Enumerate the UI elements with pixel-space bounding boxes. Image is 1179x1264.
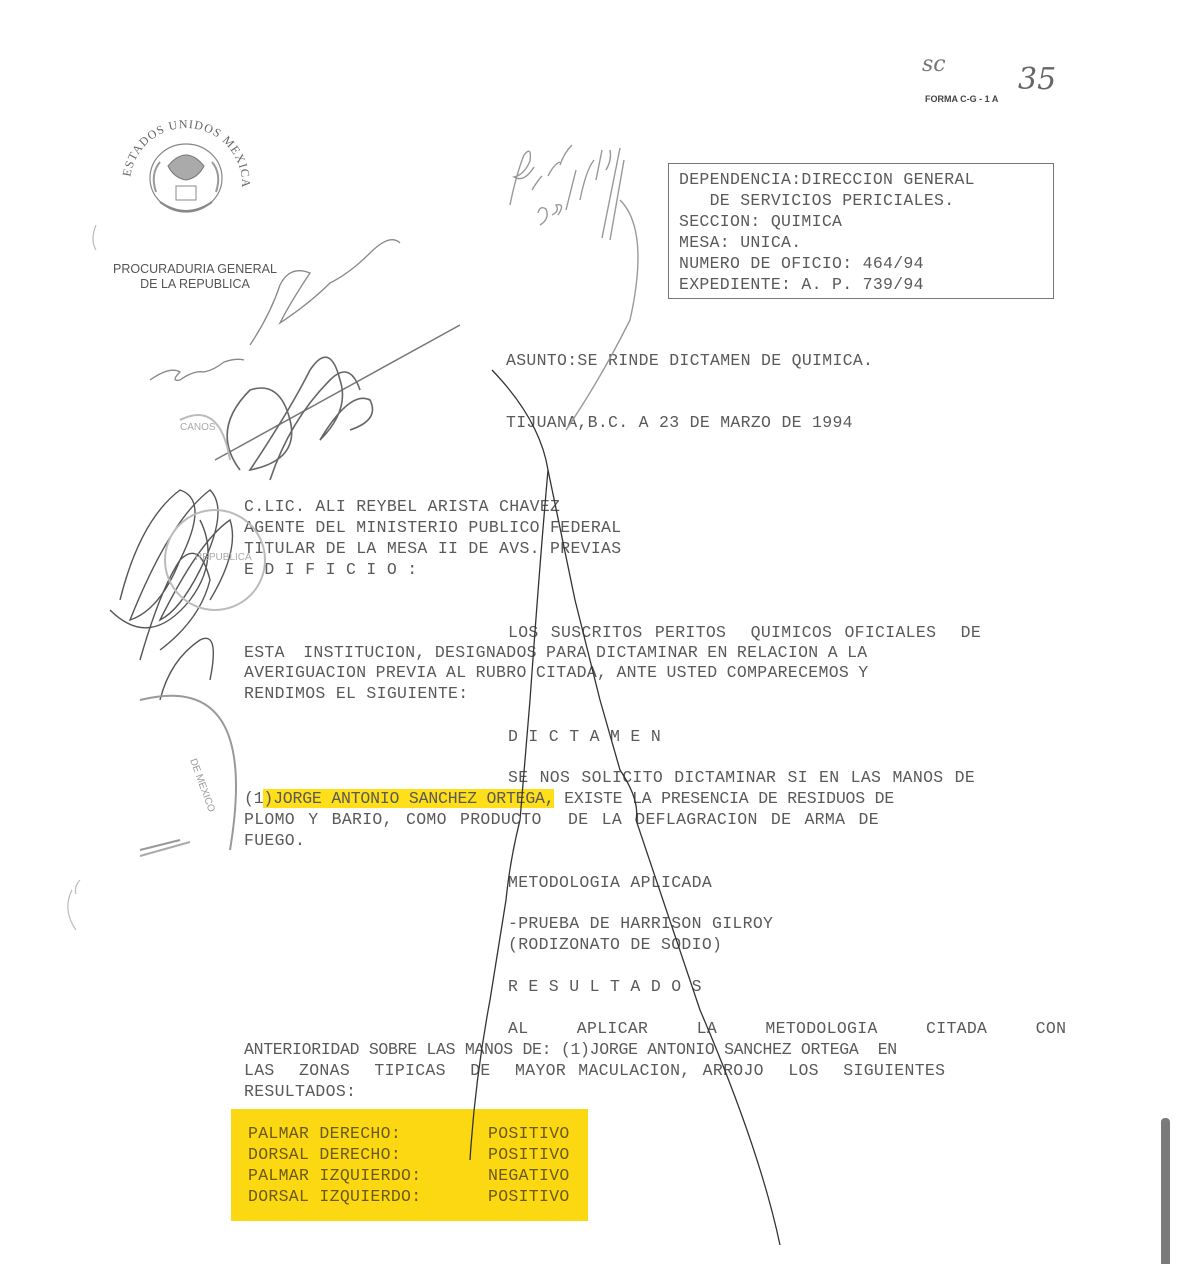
methodology-reagent: (RODIZONATO DE SODIO): [508, 935, 722, 954]
highlighted-name: )JORGE ANTONIO SANCHEZ ORTEGA,: [263, 789, 554, 808]
request-line-3: PLOMO Y BARIO, COMO PRODUCTO DE LA DEFLA…: [244, 810, 879, 829]
results-intro-line-4: RESULTADOS:: [244, 1082, 356, 1101]
signature-icon: [227, 357, 372, 480]
request-line-4: FUEGO.: [244, 831, 305, 850]
handwritten-initials: sc: [922, 52, 946, 77]
institution-name: PROCURADURIA GENERAL DE LA REPUBLICA: [90, 262, 300, 292]
info-dependencia: DEPENDENCIA:DIRECCION GENERAL: [679, 170, 975, 189]
result-row: PALMAR IZQUIERDO:NEGATIVO: [248, 1166, 421, 1185]
result-zone: DORSAL DERECHO:: [248, 1145, 401, 1164]
methodology-test: -PRUEBA DE HARRISON GILROY: [508, 914, 773, 933]
result-row: DORSAL DERECHO:POSITIVO: [248, 1145, 401, 1164]
svg-text:CANOS: CANOS: [180, 422, 216, 433]
svg-text:DE MEXICO: DE MEXICO: [187, 757, 217, 814]
addressee-office: TITULAR DE LA MESA II DE AVS. PREVIAS: [244, 539, 621, 558]
intro-line-4: RENDIMOS EL SIGUIENTE:: [244, 684, 468, 703]
national-seal-icon: ESTADOS UNIDOS MEXICANOS: [108, 106, 264, 246]
intro-line-2: ESTA INSTITUCION, DESIGNADOS PARA DICTAM…: [244, 643, 868, 662]
institution-name-line1: PROCURADURIA GENERAL: [90, 262, 300, 277]
info-seccion: SECCION: QUIMICA: [679, 212, 842, 231]
form-code: FORMA C-G - 1 A: [925, 94, 998, 104]
place-date: TIJUANA,B.C. A 23 DE MARZO DE 1994: [506, 413, 853, 432]
scrollbar[interactable]: [1161, 1118, 1170, 1264]
request-line-2-prefix: (1: [244, 789, 263, 808]
result-value: NEGATIVO: [488, 1166, 570, 1185]
results-intro-line-2: ANTERIORIDAD SOBRE LAS MANOS DE: (1)JORG…: [244, 1040, 897, 1059]
intro-line-3: AVERIGUACION PREVIA AL RUBRO CITADA, ANT…: [244, 663, 869, 682]
request-line-1: SE NOS SOLICITO DICTAMINAR SI EN LAS MAN…: [508, 768, 975, 787]
results-heading: R E S U L T A D O S: [508, 977, 702, 996]
result-row: DORSAL IZQUIERDO:POSITIVO: [248, 1187, 421, 1206]
results-table: PALMAR DERECHO:POSITIVO DORSAL DERECHO:P…: [231, 1109, 588, 1221]
info-dependencia-cont: DE SERVICIOS PERICIALES.: [679, 191, 954, 210]
addressee-title: AGENTE DEL MINISTERIO PUBLICO FEDERAL: [244, 518, 621, 537]
info-mesa: MESA: UNICA.: [679, 233, 801, 252]
result-zone: DORSAL IZQUIERDO:: [248, 1187, 421, 1206]
result-value: POSITIVO: [488, 1187, 570, 1206]
methodology-heading: METODOLOGIA APLICADA: [508, 873, 712, 892]
scribble-signature-icon: [110, 490, 233, 700]
subject-line: ASUNTO:SE RINDE DICTAMEN DE QUIMICA.: [506, 351, 873, 370]
results-intro-line-1: AL APLICAR LA METODOLOGIA CITADA CON: [508, 1019, 1066, 1038]
info-expediente: EXPEDIENTE: A. P. 739/94: [679, 275, 924, 294]
results-intro-line-3: LAS ZONAS TIPICAS DE MAYOR MACULACION, A…: [244, 1061, 945, 1080]
addressee-name: C.LIC. ALI REYBEL ARISTA CHAVEZ: [244, 497, 560, 516]
result-value: POSITIVO: [488, 1145, 570, 1164]
result-zone: PALMAR DERECHO:: [248, 1124, 401, 1143]
request-line-2: (1)JORGE ANTONIO SANCHEZ ORTEGA, EXISTE …: [244, 789, 894, 808]
result-row: PALMAR DERECHO:POSITIVO: [248, 1124, 401, 1143]
result-zone: PALMAR IZQUIERDO:: [248, 1166, 421, 1185]
institution-name-line2: DE LA REPUBLICA: [90, 277, 300, 292]
addressee-building: E D I F I C I O :: [244, 560, 417, 579]
info-numero-oficio: NUMERO DE OFICIO: 464/94: [679, 254, 924, 273]
result-value: POSITIVO: [488, 1124, 570, 1143]
request-line-2-suffix: EXISTE LA PRESENCIA DE RESIDUOS DE: [554, 789, 894, 808]
document-page: sc 35 FORMA C-G - 1 A ESTADOS UNIDOS MEX…: [0, 0, 1179, 1264]
intro-line-1: LOS SUSCRITOS PERITOS QUIMICOS OFICIALES…: [508, 623, 981, 642]
received-note-icon: [510, 145, 638, 430]
dictamen-heading: D I C T A M E N: [508, 727, 661, 746]
office-info-box: DEPENDENCIA:DIRECCION GENERAL DE SERVICI…: [668, 163, 1054, 299]
page-number: 35: [1018, 62, 1056, 97]
margin-mark-icon: [68, 225, 96, 930]
